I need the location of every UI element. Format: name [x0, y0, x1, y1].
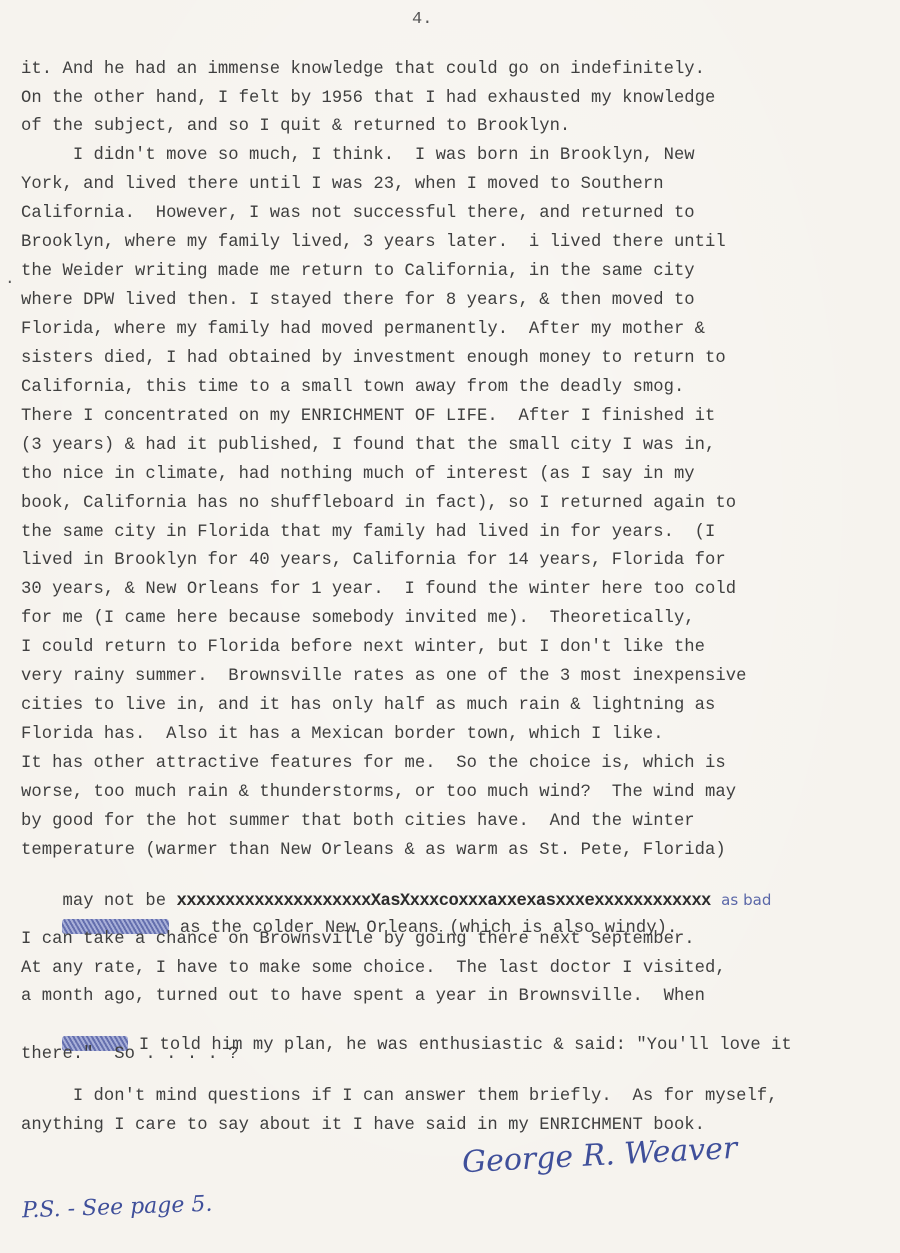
- text-line: book, California has no shuffleboard in …: [21, 494, 736, 514]
- text-line: anything I care to say about it I have s…: [21, 1116, 705, 1136]
- letter-page: 4. . it. And he had an immense knowledge…: [0, 0, 900, 1253]
- text-line: California, this time to a small town aw…: [21, 378, 684, 398]
- text-line: Florida, where my family had moved perma…: [21, 320, 705, 340]
- signature: George R. Weaver: [461, 1131, 738, 1180]
- text-line: it. And he had an immense knowledge that…: [21, 60, 705, 80]
- text-line: temperature (warmer than New Orleans & a…: [21, 841, 726, 861]
- text-line: by good for the hot summer that both cit…: [21, 812, 695, 832]
- text-line: lived in Brooklyn for 40 years, Californ…: [21, 551, 726, 571]
- text-line: cities to live in, and it has only half …: [21, 696, 715, 716]
- text-line: On the other hand, I felt by 1956 that I…: [21, 89, 715, 109]
- text-line: I didn't move so much, I think. I was bo…: [21, 146, 695, 166]
- text-line: It has other attractive features for me.…: [21, 754, 726, 774]
- text-line: tho nice in climate, had nothing much of…: [21, 465, 695, 485]
- text-line: Florida has. Also it has a Mexican borde…: [21, 725, 664, 745]
- text-line: worse, too much rain & thunderstorms, or…: [21, 783, 736, 803]
- text-line: At any rate, I have to make some choice.…: [21, 959, 726, 979]
- text-line: the same city in Florida that my family …: [21, 523, 715, 543]
- text-line: of the subject, and so I quit & returned…: [21, 117, 570, 137]
- handwritten-insert: as bad: [721, 891, 771, 909]
- text-line: the Weider writing made me return to Cal…: [21, 262, 695, 282]
- margin-mark: .: [5, 270, 15, 288]
- text-line: York, and lived there until I was 23, wh…: [21, 175, 664, 195]
- text-line: I don't mind questions if I can answer t…: [21, 1087, 778, 1107]
- text-line: where DPW lived then. I stayed there for…: [21, 291, 695, 311]
- text-line: I can take a chance on Brownsville by go…: [21, 930, 695, 950]
- scribbled-line: as the colder New Orleans (which is also…: [21, 899, 677, 959]
- text-line: a month ago, turned out to have spent a …: [21, 987, 705, 1007]
- page-number: 4.: [412, 10, 432, 29]
- text-line: sisters died, I had obtained by investme…: [21, 349, 726, 369]
- text-line: California. However, I was not successfu…: [21, 204, 695, 224]
- text-line: very rainy summer. Brownsville rates as …: [21, 667, 747, 687]
- text-line: I could return to Florida before next wi…: [21, 638, 705, 658]
- text-line: (3 years) & had it published, I found th…: [21, 436, 715, 456]
- text-line: Brooklyn, where my family lived, 3 years…: [21, 233, 726, 253]
- postscript: P.S. - See page 5.: [22, 1192, 213, 1224]
- text-line: There I concentrated on my ENRICHMENT OF…: [21, 407, 715, 427]
- text-line: there." So . . . . ?: [21, 1045, 239, 1065]
- text-line: for me (I came here because somebody inv…: [21, 609, 695, 629]
- text-line: 30 years, & New Orleans for 1 year. I fo…: [21, 580, 736, 600]
